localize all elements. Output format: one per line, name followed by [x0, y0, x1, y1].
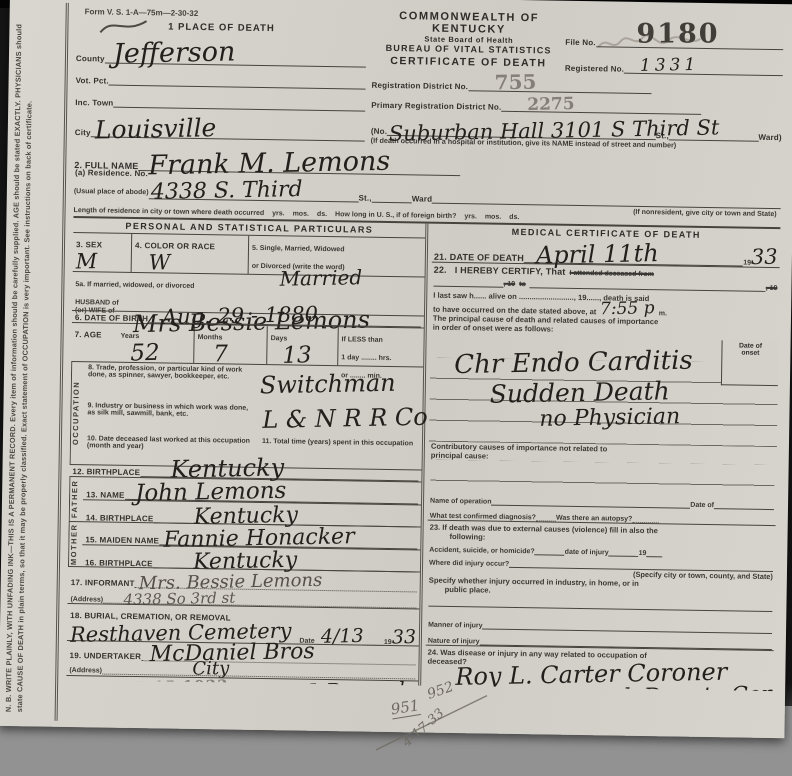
residence-ward: Ward: [412, 194, 433, 203]
sex-cell: 3. SEX M: [73, 233, 133, 272]
cause-of-death-area: Date of onset Chr Endo Carditis Sudden D…: [429, 358, 778, 447]
filed-year-prefix: 19: [235, 690, 243, 691]
q23-5: 19: [639, 550, 647, 557]
vot-pct-label: Vot. Pct.: [76, 76, 109, 86]
sex-race-marital-row: 3. SEX M 4. COLOR OR RACE W 5. Single, M…: [73, 232, 426, 277]
residence-value: 4338 S. Third: [150, 180, 302, 203]
violence-block: 23. If death was due to external causes …: [426, 520, 775, 614]
occ9-row: 9. Industry or business in which work wa…: [84, 400, 422, 439]
undertaker-addr-label: (Address): [69, 667, 102, 675]
binding-margin-instructions: N. B. WRITE PLAINLY, WITH UNFADING INK—T…: [3, 10, 60, 713]
contributory-block: Contributory causes of importance not re…: [428, 442, 777, 495]
father-name-value: John Lemons: [134, 481, 286, 505]
certificate-of-death-title: CERTIFICATE OF DEATH: [372, 55, 565, 70]
medical-column: MEDICAL CERTIFICATE OF DEATH 21. DATE OF…: [421, 224, 780, 691]
occ9-value: L & N R R Co: [262, 407, 428, 432]
age-months-value: 7: [213, 344, 228, 365]
title-and-file: COMMONWEALTH OF KENTUCKY State Board of …: [372, 10, 784, 76]
burial-year-prefix: 19: [384, 639, 392, 646]
age-days-value: 13: [282, 345, 312, 366]
mother-block: MOTHER 15. MAIDEN NAME Fannie Honacker 1…: [68, 521, 421, 572]
bureau-vital-statistics: BUREAU OF VITAL STATISTICS: [372, 43, 565, 56]
county-label: County: [76, 54, 105, 63]
date-of-onset-box: Date of onset: [721, 340, 779, 386]
father-block: FATHER 13. NAME John Lemons 14. BIRTHPLA…: [69, 476, 422, 527]
age-years-value: 52: [130, 343, 160, 364]
father-name-label: 13. NAME: [86, 490, 125, 500]
place-of-death-text: 1 PLACE OF DEATH: [168, 21, 275, 34]
father-side-label: FATHER: [69, 477, 84, 521]
age-label: 7. AGE: [75, 330, 102, 339]
marital-cell: 5. Single, Married, Widowed or Divorced …: [249, 236, 426, 277]
cause2-value: Sudden Death: [490, 380, 670, 406]
street-prefix: (No.: [371, 127, 387, 136]
race-value: W: [149, 253, 171, 272]
registered-no-value: 1331: [640, 58, 700, 74]
county-value: Jefferson: [113, 40, 236, 67]
occ8-row: 8. Trade, profession, or particular kind…: [85, 362, 424, 405]
yrs-label: yrs.: [272, 210, 285, 217]
race-label: 4. COLOR OR RACE: [135, 241, 215, 251]
ds2-label: ds.: [509, 214, 519, 221]
cause3-value: no Physician: [539, 407, 680, 429]
certify-struck: I attended deceased from: [569, 270, 654, 278]
occ9-label: 9. Industry or business in which work wa…: [87, 402, 257, 419]
undertaker-label: 19. UNDERTAKER: [70, 651, 142, 661]
county-row: County Jefferson: [76, 33, 366, 68]
occ8-value: Switchman: [260, 373, 396, 397]
how-long-us-label: How long in U. S., if of foreign birth?: [335, 211, 456, 220]
inc-town-label: Inc. Town: [75, 98, 113, 108]
file-no-label: File No.: [565, 38, 596, 47]
sex-value: M: [76, 252, 98, 271]
marital-value: Married: [279, 267, 421, 288]
mother-bp-value: Kentucky: [193, 551, 297, 573]
dod-value: April 11th: [536, 243, 659, 267]
informant-block: 17. INFORMANT Mrs. Bessie Lemons (Addres…: [67, 566, 420, 609]
filed-label: 20. FILED: [69, 685, 107, 691]
personal-column: PERSONAL AND STATISTICAL PARTICULARS 3. …: [66, 218, 428, 686]
q24-block: 24. Was disease or injury in any way rel…: [425, 645, 774, 691]
certificate-form: Form V. S. 1-A—75m—2-30-32 1 PLACE OF DE…: [55, 3, 786, 732]
dob-value: Aug. 29 - 1880: [162, 305, 318, 327]
reg-district-label: Registration District No.: [372, 81, 469, 92]
m-label: m.: [659, 310, 667, 317]
main-columns: PERSONAL AND STATISTICAL PARTICULARS 3. …: [66, 216, 780, 691]
q23-4: date of injury: [565, 549, 609, 557]
undertaker-block: 19. UNDERTAKER McDaniel Bros (Address) C…: [66, 640, 419, 681]
certify-to: to: [519, 281, 526, 288]
form-number: Form V. S. 1-A—75m—2-30-32: [85, 7, 367, 20]
header-right-block: COMMONWEALTH OF KENTUCKY State Board of …: [365, 10, 784, 152]
q23-6: Where did injury occur?: [429, 560, 509, 568]
marital-label1: 5. Single, Married, Widowed: [252, 245, 345, 253]
mother-name-value: Fannie Honacker: [163, 527, 355, 550]
father-bp-value: Kentucky: [193, 506, 297, 528]
mos2-label: mos.: [485, 213, 501, 220]
residence-st: St.,: [358, 193, 371, 202]
street-ward-label: Ward): [758, 133, 782, 142]
race-cell: 4. COLOR OR RACE W: [132, 234, 250, 274]
ds-label: ds.: [317, 211, 327, 218]
dod-year-value: 33: [751, 248, 778, 267]
residence-sublabel: (Usual place of abode): [74, 188, 149, 196]
city-value: Louisville: [95, 117, 217, 142]
burial-block: 18. BURIAL, CREMATION, OR REMOVAL Restha…: [67, 603, 420, 646]
burial-date-value: 4/13: [321, 628, 364, 646]
file-no-value: 9180: [636, 18, 719, 49]
yrs2-label: yrs.: [464, 213, 477, 220]
city-label: City: [75, 128, 91, 137]
certify-19b: , 19: [766, 285, 778, 292]
filed-date-stamp: APR 15 1933: [109, 676, 229, 691]
occ8-label: 8. Trade, profession, or particular kind…: [88, 364, 258, 381]
undertaker-addr-value: City: [192, 661, 229, 678]
mother-side-label: MOTHER: [68, 522, 83, 566]
street-row: (No. Suburban Hall 3101 S Third St St., …: [371, 110, 782, 142]
certify-num: 22.: [434, 265, 447, 275]
burial-year-value: 33: [392, 629, 417, 647]
less1: If LESS than: [342, 336, 383, 344]
spouse-label1: 5a. If married, widowed, or divorced: [75, 281, 194, 290]
certify-19a: , 19: [503, 281, 515, 288]
cause1-value: Chr Endo Carditis: [454, 350, 693, 378]
pencil-stroke: [368, 688, 499, 760]
time-of-death: 7:55 p: [600, 301, 655, 317]
state-title-block: COMMONWEALTH OF KENTUCKY State Board of …: [372, 10, 566, 73]
onset-label-2: onset: [741, 350, 759, 357]
age-label-cell: 7. AGE: [71, 323, 118, 362]
certify-block: 22. I HEREBY CERTIFY, That I attended de…: [431, 262, 780, 339]
less2: 1 day ........ hrs.: [341, 354, 391, 362]
sex-label: 3. SEX: [76, 240, 102, 249]
place-of-death-block: Form V. S. 1-A—75m—2-30-32 1 PLACE OF DE…: [75, 5, 367, 145]
commonwealth-title: COMMONWEALTH OF KENTUCKY: [372, 10, 565, 37]
mos-label: mos.: [293, 210, 309, 217]
registered-no-label: Registered No.: [565, 64, 624, 74]
header-section: Form V. S. 1-A—75m—2-30-32 1 PLACE OF DE…: [75, 5, 784, 151]
days-label: Days: [271, 335, 288, 342]
informant-label: 17. INFORMANT: [71, 578, 135, 588]
file-number-block: File No. 9180 Registered No. 1331: [565, 13, 784, 76]
primary-district-value: 2275: [527, 94, 575, 115]
inc-town-row: Inc. Town: [75, 85, 365, 112]
full-name-value: Frank M. Lemons: [148, 149, 390, 178]
city-row: City Louisville: [75, 107, 365, 142]
spouse-label2: HUSBAND of: [75, 299, 119, 307]
occupation-side-label: OCCUPATION: [70, 362, 86, 464]
residence-label: (a) Residence. No.: [75, 168, 148, 178]
mother-name-label: 15. MAIDEN NAME: [85, 535, 159, 545]
street-value: Suburban Hall 3101 S Third St: [389, 119, 720, 144]
certificate-paper: N. B. WRITE PLAINLY, WITH UNFADING INK—T…: [0, 0, 792, 738]
reg-district-value: 755: [494, 70, 536, 95]
undertaker-value: McDaniel Bros: [149, 642, 314, 665]
